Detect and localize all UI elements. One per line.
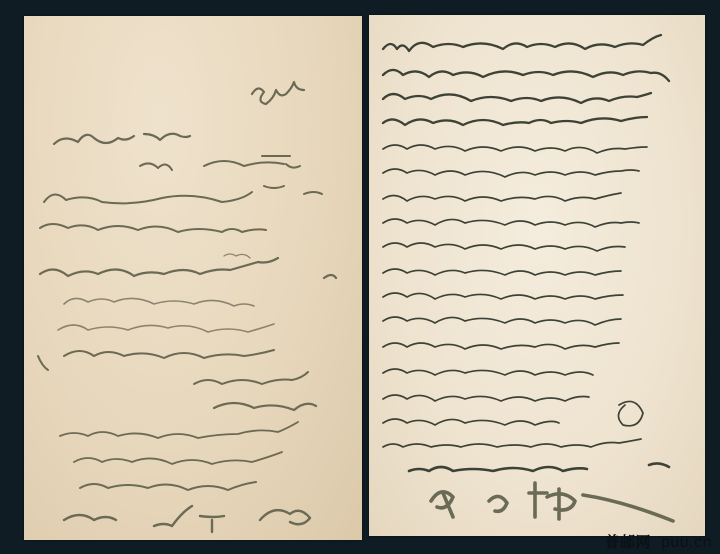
handwriting-right: [369, 15, 705, 536]
letter-page-left: [24, 16, 362, 540]
letter-page-right: [369, 15, 705, 536]
handwriting-left: [24, 16, 362, 540]
watermark-domain: puu.cn: [661, 534, 712, 551]
watermark-site-name: 普邮网: [604, 533, 651, 551]
watermark: 普邮网puu.cn: [604, 531, 712, 552]
